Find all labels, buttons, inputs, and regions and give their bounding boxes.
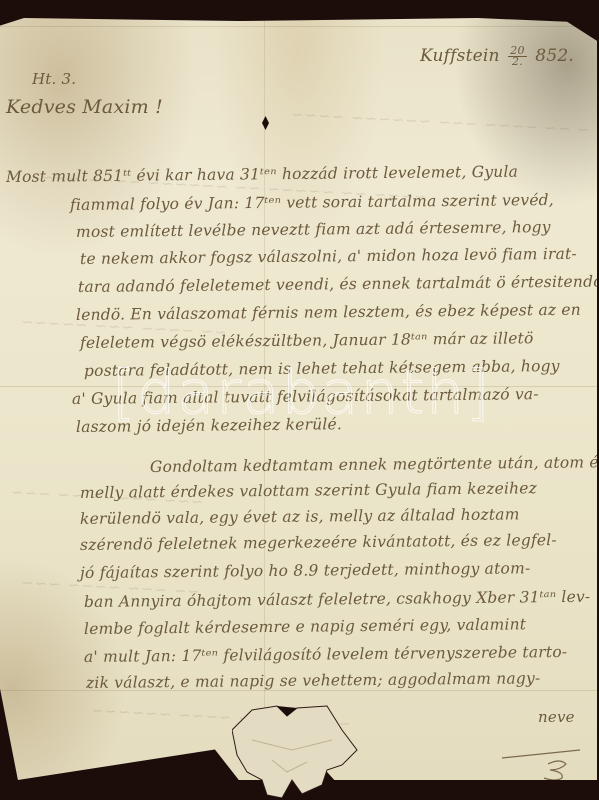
body-line: tara adandó feleletemet veendi, és ennek… [78, 273, 599, 296]
body-line: most említett levélbe neveztt fiam azt a… [76, 218, 551, 241]
closing-word: neve [538, 708, 575, 726]
body-line: melly alatt érdekes valottam szerint Gyu… [80, 479, 537, 502]
body-line: Most mult 851ᵗᵗ évi kar hava 31ᵗᵉⁿ hozzá… [6, 163, 518, 186]
reference-number: Ht. 3. [32, 70, 76, 88]
place-and-date: Kuffstein 20 2. 852. [420, 46, 574, 67]
body-line: fiammal folyo év Jan: 17ᵗᵉⁿ vett sorai t… [70, 191, 554, 214]
body-line: zik választ, e mai napig se vehettem; ag… [86, 669, 541, 692]
body-line: jó fájaítas szerint folyo ho 8.9 terjede… [80, 559, 531, 582]
body-line: lendö. En válaszomat férnis nem lesztem,… [76, 301, 581, 324]
body-line: kerülendö vala, egy évet az is, melly az… [80, 505, 520, 528]
date-year: 852. [535, 46, 574, 66]
body-line: te nekem akkor fogsz válaszolni, a' mido… [80, 245, 577, 268]
place-name: Kuffstein [420, 46, 500, 66]
signature-flourish-icon [500, 748, 590, 782]
date-fraction: 20 2. [508, 46, 526, 67]
salutation: Kedves Maxim ! [6, 96, 163, 118]
date-month: 2. [508, 57, 526, 67]
document-scan: ~ ~~ ~~~~ ~~~ ~~~~~~ ~~~~ ~~~~ ~~ ~~~~~ … [0, 0, 599, 800]
body-line: a' mult Jan: 17ᵗᵉⁿ felvilágosító levelem… [84, 643, 567, 666]
torn-paper-edge [232, 700, 362, 800]
body-line: szérendö feleletnek megerkezeére kivánta… [80, 531, 557, 554]
body-line: Gondoltam kedtamtam ennek megtörtente ut… [150, 453, 599, 476]
watermark: [darabanth] [112, 363, 492, 423]
bleed-through-text: ~ ~~ ~~~~ ~~~ ~~~~~~ ~~~~ [290, 105, 591, 139]
body-line: lembe foglalt kérdesemre e napig seméri … [84, 615, 526, 638]
fold-line [0, 26, 597, 27]
body-line: feleletem végsö elékészültben, Januar 18… [80, 329, 534, 352]
